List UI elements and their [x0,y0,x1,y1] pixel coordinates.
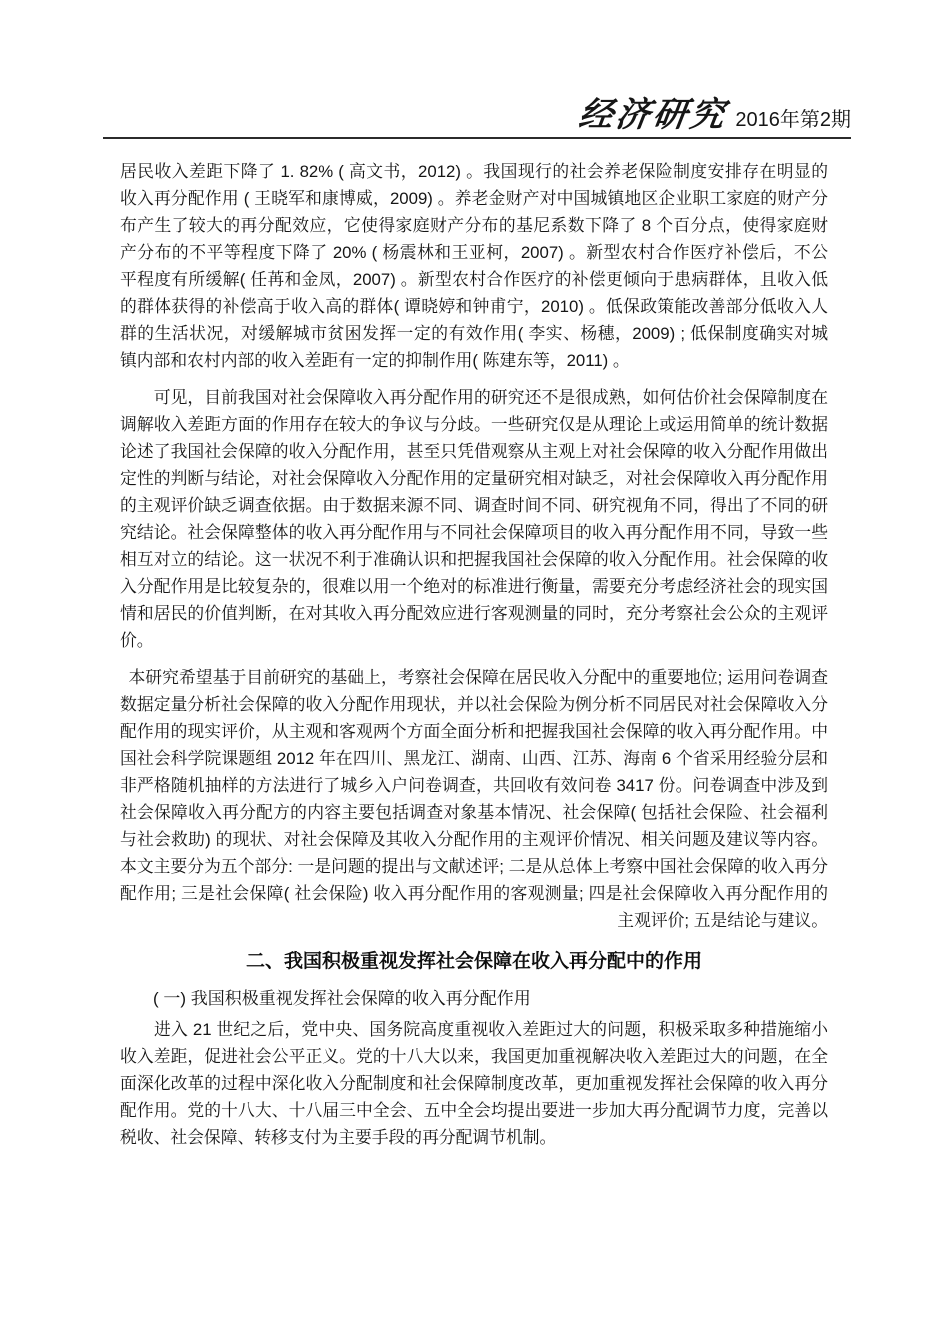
section-heading: 二、我国积极重视发挥社会保障在收入再分配中的作用 [120,947,828,977]
text-line: 收入差距，促进社会公平正义。党的十八大以来，我国更加重视解决收入差距过大的问题，… [120,1043,828,1070]
text-line: 与社会救助) 的现状、对社会保障及其收入分配作用的主观评价情况、相关问题及建议等… [120,826,828,853]
text-line: 究结论。社会保障整体的收入再分配作用与不同社会保障项目的收入再分配作用不同，导致… [120,519,828,546]
text-line: 社会保障收入再分配方的内容主要包括调查对象基本情况、社会保障( 包括社会保险、社… [120,799,828,826]
text-line: 居民收入差距下降了 1. 82% ( 高文书，2012) 。我国现行的社会养老保… [120,158,828,185]
text-line: 进入 21 世纪之后，党中央、国务院高度重视收入差距过大的问题，积极采取多种措施… [120,1016,828,1043]
text-line: 的主观评价缺乏调查依据。由于数据来源不同、调查时间不同、研究视角不同，得出了不同… [120,492,828,519]
text-line: 数据定量分析社会保障的收入分配作用现状，并以社会保险为例分析不同居民对社会保障收… [120,691,828,718]
text-line: 调解收入差距方面的作用存在较大的争议与分歧。一些研究仅是从理论上或运用简单的统计… [120,411,828,438]
text-line: 定性的判断与结论，对社会保障收入分配作用的定量研究相对缺乏，对社会保障收入再分配… [120,465,828,492]
text-line: 产分布的不平等程度下降了 20% ( 杨震林和王亚柯，2007) 。新型农村合作… [120,239,828,266]
paragraph: 本研究希望基于目前研究的基础上，考察社会保障在居民收入分配中的重要地位; 运用问… [120,664,828,934]
text-line: 群的生活状况，对缓解城市贫困发挥一定的有效作用( 李实、杨穗，2009) ; 低… [120,320,828,347]
text-line: 镇内部和农村内部的收入差距有一定的抑制作用( 陈建东等，2011) 。 [120,347,828,374]
issue-label: 2016年第2期 [735,109,851,131]
text-line: 情和居民的价值判断，在对其收入再分配效应进行客观测量的同时，充分考察社会公众的主… [120,600,828,627]
text-line: 布产生了较大的再分配效应，它使得家庭财产分布的基尼系数下降了 8 个百分点，使得… [120,212,828,239]
subsection-heading: ( 一) 我国积极重视发挥社会保障的收入再分配作用 [120,985,828,1012]
paragraph: 进入 21 世纪之后，党中央、国务院高度重视收入差距过大的问题，积极采取多种措施… [120,1016,828,1151]
text-line: 主观评价; 五是结论与建议。 [120,907,828,934]
journal-page: 经济研究 2016年第2期 居民收入差距下降了 1. 82% ( 高文书，201… [0,0,950,1344]
text-line: 收入再分配作用 ( 王晓军和康博威，2009) 。养老金财产对中国城镇地区企业职… [120,185,828,212]
journal-logo: 经济研究 [577,98,730,132]
text-line: 非严格随机抽样的方法进行了城乡入户问卷调查，共回收有效问卷 3417 份。问卷调… [120,772,828,799]
page-header: 经济研究 2016年第2期 [103,98,851,139]
text-line: 论述了我国社会保障的收入分配作用，甚至只凭借观察从主观上对社会保障的收入分配作用… [120,438,828,465]
paragraph: 可见，目前我国对社会保障收入再分配作用的研究还不是很成熟，如何估价社会保障制度在… [120,384,828,654]
text-line: 国社会科学院课题组 2012 年在四川、黑龙江、湖南、山西、江苏、海南 6 个省… [120,745,828,772]
text-line: 平程度有所缓解( 任苒和金凤，2007) 。新型农村合作医疗的补偿更倾向于患病群… [120,266,828,293]
text-line: 本文主要分为五个部分: 一是问题的提出与文献述评; 二是从总体上考察中国社会保障… [120,853,828,880]
text-line: 相互对立的结论。这一状况不利于准确认识和把握我国社会保障的收入分配作用。社会保障… [120,546,828,573]
text-line: 的群体获得的补偿高于收入高的群体( 谭晓婷和钟甫宁，2010) 。低保政策能改善… [120,293,828,320]
paragraph: 居民收入差距下降了 1. 82% ( 高文书，2012) 。我国现行的社会养老保… [120,158,828,374]
text-line: 税收、社会保障、转移支付为主要手段的再分配调节机制。 [120,1124,828,1151]
text-line: 配作用的现实评价，从主观和客观两个方面全面分析和把握我国社会保障的收入再分配作用… [120,718,828,745]
text-line: 配作用。党的十八大、十八届三中全会、五中全会均提出要进一步加大再分配调节力度，完… [120,1097,828,1124]
text-line: 配作用; 三是社会保障( 社会保险) 收入再分配作用的客观测量; 四是社会保障收… [120,880,828,907]
article-body: 居民收入差距下降了 1. 82% ( 高文书，2012) 。我国现行的社会养老保… [120,158,828,1151]
text-line: 面深化改革的过程中深化收入分配制度和社会保障制度改革，更加重视发挥社会保障的收入… [120,1070,828,1097]
text-line: 本研究希望基于目前研究的基础上，考察社会保障在居民收入分配中的重要地位; 运用问… [120,664,828,691]
text-line: 可见，目前我国对社会保障收入再分配作用的研究还不是很成熟，如何估价社会保障制度在 [120,384,828,411]
text-line: 价。 [120,627,828,654]
text-line: 入分配作用是比较复杂的，很难以用一个绝对的标准进行衡量，需要充分考虑经济社会的现… [120,573,828,600]
